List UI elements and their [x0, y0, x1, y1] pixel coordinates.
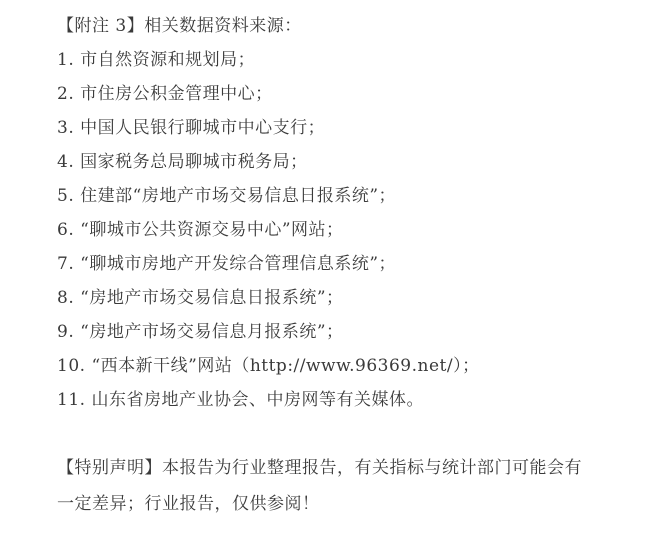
source-item-9: 9. “房地产市场交易信息月报系统”；	[57, 315, 608, 349]
source-item-4: 4. 国家税务总局聊城市税务局；	[57, 145, 608, 179]
source-item-2: 2. 市住房公积金管理中心；	[57, 77, 608, 111]
document-page: 【附注 3】相关数据资料来源： 1. 市自然资源和规划局； 2. 市住房公积金管…	[0, 0, 648, 545]
source-item-7: 7. “聊城市房地产开发综合管理信息系统”；	[57, 247, 608, 281]
statement-line-2: 一定差异；行业报告，仅供参阅！	[57, 486, 608, 522]
source-item-8: 8. “房地产市场交易信息日报系统”；	[57, 281, 608, 315]
statement-line-1: 【特别声明】本报告为行业整理报告，有关指标与统计部门可能会有	[57, 450, 608, 486]
source-item-5: 5. 住建部“房地产市场交易信息日报系统”；	[57, 179, 608, 213]
source-item-3: 3. 中国人民银行聊城市中心支行；	[57, 111, 608, 145]
source-item-10: 10. “西本新干线”网站（http://www.96369.net/）；	[57, 349, 608, 383]
paragraph-gap	[57, 417, 608, 450]
source-item-6: 6. “聊城市公共资源交易中心”网站；	[57, 213, 608, 247]
source-item-1: 1. 市自然资源和规划局；	[57, 43, 608, 77]
note-heading: 【附注 3】相关数据资料来源：	[57, 9, 608, 43]
source-item-11: 11. 山东省房地产业协会、中房网等有关媒体。	[57, 383, 608, 417]
